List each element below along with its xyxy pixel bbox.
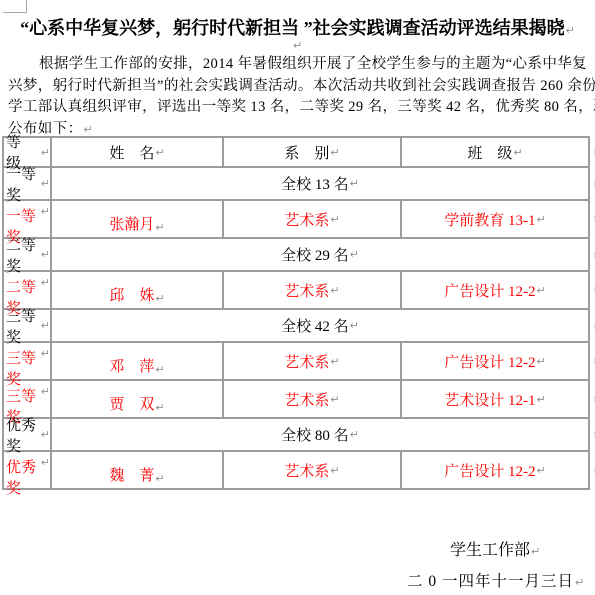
cell-dept-text: 艺术系	[284, 209, 329, 230]
cell-grade: 优秀奖↵	[4, 452, 52, 490]
footer-signature-text: 学生工作部	[450, 542, 530, 559]
paragraph-mark-icon: ↵	[537, 213, 546, 226]
cell-name: 贾 双↵	[52, 381, 224, 419]
paragraph-mark-icon: ↵	[330, 284, 339, 297]
table-row-winner: 一等奖↵张瀚月↵艺术系↵学前教育 13-1↵¤	[4, 201, 590, 239]
cell-name-text: 张瀚月	[109, 213, 154, 234]
paragraph-mark-icon: ↵	[41, 456, 50, 469]
header-cell-dept: 系 别↵	[224, 138, 402, 168]
cell-dept-text: 艺术系	[284, 460, 329, 481]
header-label: 姓 名	[109, 142, 154, 163]
document-title: “心系中华复兴梦，躬行时代新担当 ”社会实践调查活动评选结果揭晓↵	[0, 14, 595, 40]
paragraph-mark-icon: ↵	[537, 355, 546, 368]
cell-dept-text: 艺术系	[284, 280, 329, 301]
paragraph-mark-icon: ↵	[350, 428, 359, 441]
paragraph-mark-icon: ↵	[531, 545, 540, 558]
cell-grade-text: 一等奖	[6, 163, 40, 205]
cell-class: 广告设计 12-2↵	[402, 452, 590, 490]
paragraph-mark-icon: ↵	[293, 39, 302, 52]
cell-name-text: 邓 萍	[109, 355, 154, 376]
paragraph-mark-icon: ↵	[41, 146, 50, 159]
paragraph-mark-icon: ↵	[537, 464, 546, 477]
cell-grade: 优秀奖↵	[4, 419, 52, 452]
cell-summary-text: 全校 13 名	[281, 173, 349, 194]
cell-summary: 全校 29 名↵	[52, 239, 590, 272]
paragraph-mark-icon: ↵	[155, 292, 164, 305]
paragraph-mark-icon: ↵	[537, 284, 546, 297]
paragraph-mark-icon: ↵	[155, 146, 164, 159]
cell-class: 广告设计 12-2↵	[402, 272, 590, 310]
footer-date: 二 0 一四年十一月三日↵	[407, 569, 585, 591]
cell-name: 邱 姝↵	[52, 272, 224, 310]
cell-summary: 全校 80 名↵	[52, 419, 590, 452]
paragraph-mark-icon: ↵	[41, 319, 50, 332]
cell-dept: 艺术系↵	[224, 343, 402, 381]
footer-signature: 学生工作部↵	[450, 537, 540, 560]
paragraph-mark-icon: ↵	[41, 248, 50, 261]
paragraph-mark-icon: ↵	[41, 347, 50, 360]
cell-grade: 二等奖↵	[4, 239, 52, 272]
cell-summary-text: 全校 29 名	[281, 244, 349, 265]
cell-class-text: 广告设计 12-2	[444, 280, 535, 301]
cell-name-text: 贾 双	[109, 393, 154, 414]
cell-name: 邓 萍↵	[52, 343, 224, 381]
paragraph-mark-icon: ↵	[513, 146, 522, 159]
document-title-text: “心系中华复兴梦，躬行时代新担当 ”社会实践调查活动评选结果揭晓	[20, 18, 565, 38]
paragraph-mark-icon: ↵	[41, 205, 50, 218]
paragraph-mark-icon: ↵	[84, 123, 94, 136]
paragraph-mark-icon: ↵	[350, 248, 359, 261]
margin-crop-mark-icon	[3, 0, 27, 13]
cell-grade: 一等奖↵	[4, 168, 52, 201]
table-row-summary: 三等奖↵全校 42 名↵¤	[4, 310, 590, 343]
cell-summary: 全校 42 名↵	[52, 310, 590, 343]
body-paragraph: 根据学生工作部的安排，2014 年暑假组织开展了全校学生参与的主题为“心系中华复…	[8, 54, 564, 140]
paragraph-mark-icon: ↵	[350, 319, 359, 332]
header-label: 班 级	[467, 142, 512, 163]
cell-grade-text: 优秀奖	[6, 456, 40, 498]
cell-grade-text: 优秀奖	[6, 414, 40, 456]
cell-name: 魏 菁↵	[52, 452, 224, 490]
body-paragraph-line: 兴梦，躬行时代新担当”的社会实践调查活动。本次活动共收到社会实践调查报告 260…	[8, 76, 564, 98]
paragraph-mark-icon: ↵	[566, 24, 575, 37]
cell-class: 广告设计 12-2↵	[402, 343, 590, 381]
header-label: 系 别	[284, 142, 329, 163]
cell-dept-text: 艺术系	[284, 351, 329, 372]
paragraph-mark-icon: ↵	[41, 385, 50, 398]
cell-class: 艺术设计 12-1↵	[402, 381, 590, 419]
cell-dept: 艺术系↵	[224, 272, 402, 310]
paragraph-mark-icon: ↵	[330, 146, 339, 159]
document-page: “心系中华复兴梦，躬行时代新担当 ”社会实践调查活动评选结果揭晓↵ ↵ 根据学生…	[0, 0, 595, 595]
paragraph-mark-icon: ↵	[41, 276, 50, 289]
paragraph-mark-icon: ↵	[330, 213, 339, 226]
table-header-row: 等 级↵ 姓 名↵ 系 别↵ 班 级↵ ¤	[4, 138, 590, 168]
paragraph-mark-icon: ↵	[155, 221, 164, 234]
paragraph-mark-icon: ↵	[350, 177, 359, 190]
cell-class-text: 学前教育 13-1	[444, 209, 535, 230]
cell-name-text: 魏 菁	[109, 464, 154, 485]
paragraph-mark-icon: ↵	[41, 428, 50, 441]
cell-name-text: 邱 姝	[109, 284, 154, 305]
cell-summary-text: 全校 42 名	[281, 315, 349, 336]
cell-dept: 艺术系↵	[224, 201, 402, 239]
footer-date-text: 二 0 一四年十一月三日	[407, 573, 574, 590]
paragraph-mark-icon: ↵	[537, 393, 546, 406]
results-table: 等 级↵ 姓 名↵ 系 别↵ 班 级↵ ¤ 一等奖↵全校 13 名↵¤一等奖↵张…	[2, 136, 590, 490]
paragraph-mark-icon: ↵	[155, 401, 164, 414]
table-row-winner: 优秀奖↵魏 菁↵艺术系↵广告设计 12-2↵¤	[4, 452, 590, 490]
cell-dept-text: 艺术系	[284, 389, 329, 410]
table-row-winner: 三等奖↵贾 双↵艺术系↵艺术设计 12-1↵¤	[4, 381, 590, 419]
paragraph-mark-icon: ↵	[330, 393, 339, 406]
paragraph-mark-icon: ↵	[575, 576, 585, 589]
cell-grade-text: 二等奖	[6, 234, 40, 276]
cell-dept: 艺术系↵	[224, 452, 402, 490]
cell-summary: 全校 13 名↵	[52, 168, 590, 201]
cell-summary-text: 全校 80 名	[281, 424, 349, 445]
paragraph-mark-icon: ↵	[330, 355, 339, 368]
paragraph-mark-icon: ↵	[155, 363, 164, 376]
paragraph-mark-icon: ↵	[330, 464, 339, 477]
cell-grade-text: 三等奖	[6, 305, 40, 347]
table-row-summary: 二等奖↵全校 29 名↵¤	[4, 239, 590, 272]
header-cell-name: 姓 名↵	[52, 138, 224, 168]
table-row-winner: 二等奖↵邱 姝↵艺术系↵广告设计 12-2↵¤	[4, 272, 590, 310]
header-cell-class: 班 级↵	[402, 138, 590, 168]
cell-grade: 三等奖↵	[4, 310, 52, 343]
table-row-summary: 一等奖↵全校 13 名↵¤	[4, 168, 590, 201]
cell-class-text: 广告设计 12-2	[444, 460, 535, 481]
cell-class-text: 艺术设计 12-1	[444, 389, 535, 410]
table-row-winner: 三等奖↵邓 萍↵艺术系↵广告设计 12-2↵¤	[4, 343, 590, 381]
cell-grade: 三等奖↵	[4, 343, 52, 381]
cell-class-text: 广告设计 12-2	[444, 351, 535, 372]
body-paragraph-line: 学工部认真组织评审，评选出一等奖 13 名，二等奖 29 名，三等奖 42 名，…	[8, 97, 564, 119]
cell-name: 张瀚月↵	[52, 201, 224, 239]
paragraph-mark-icon: ↵	[155, 472, 164, 485]
cell-dept: 艺术系↵	[224, 381, 402, 419]
table-row-summary: 优秀奖↵全校 80 名↵¤	[4, 419, 590, 452]
cell-class: 学前教育 13-1↵	[402, 201, 590, 239]
paragraph-mark-icon: ↵	[41, 177, 50, 190]
body-paragraph-line: 根据学生工作部的安排，2014 年暑假组织开展了全校学生参与的主题为“心系中华复	[8, 54, 564, 76]
